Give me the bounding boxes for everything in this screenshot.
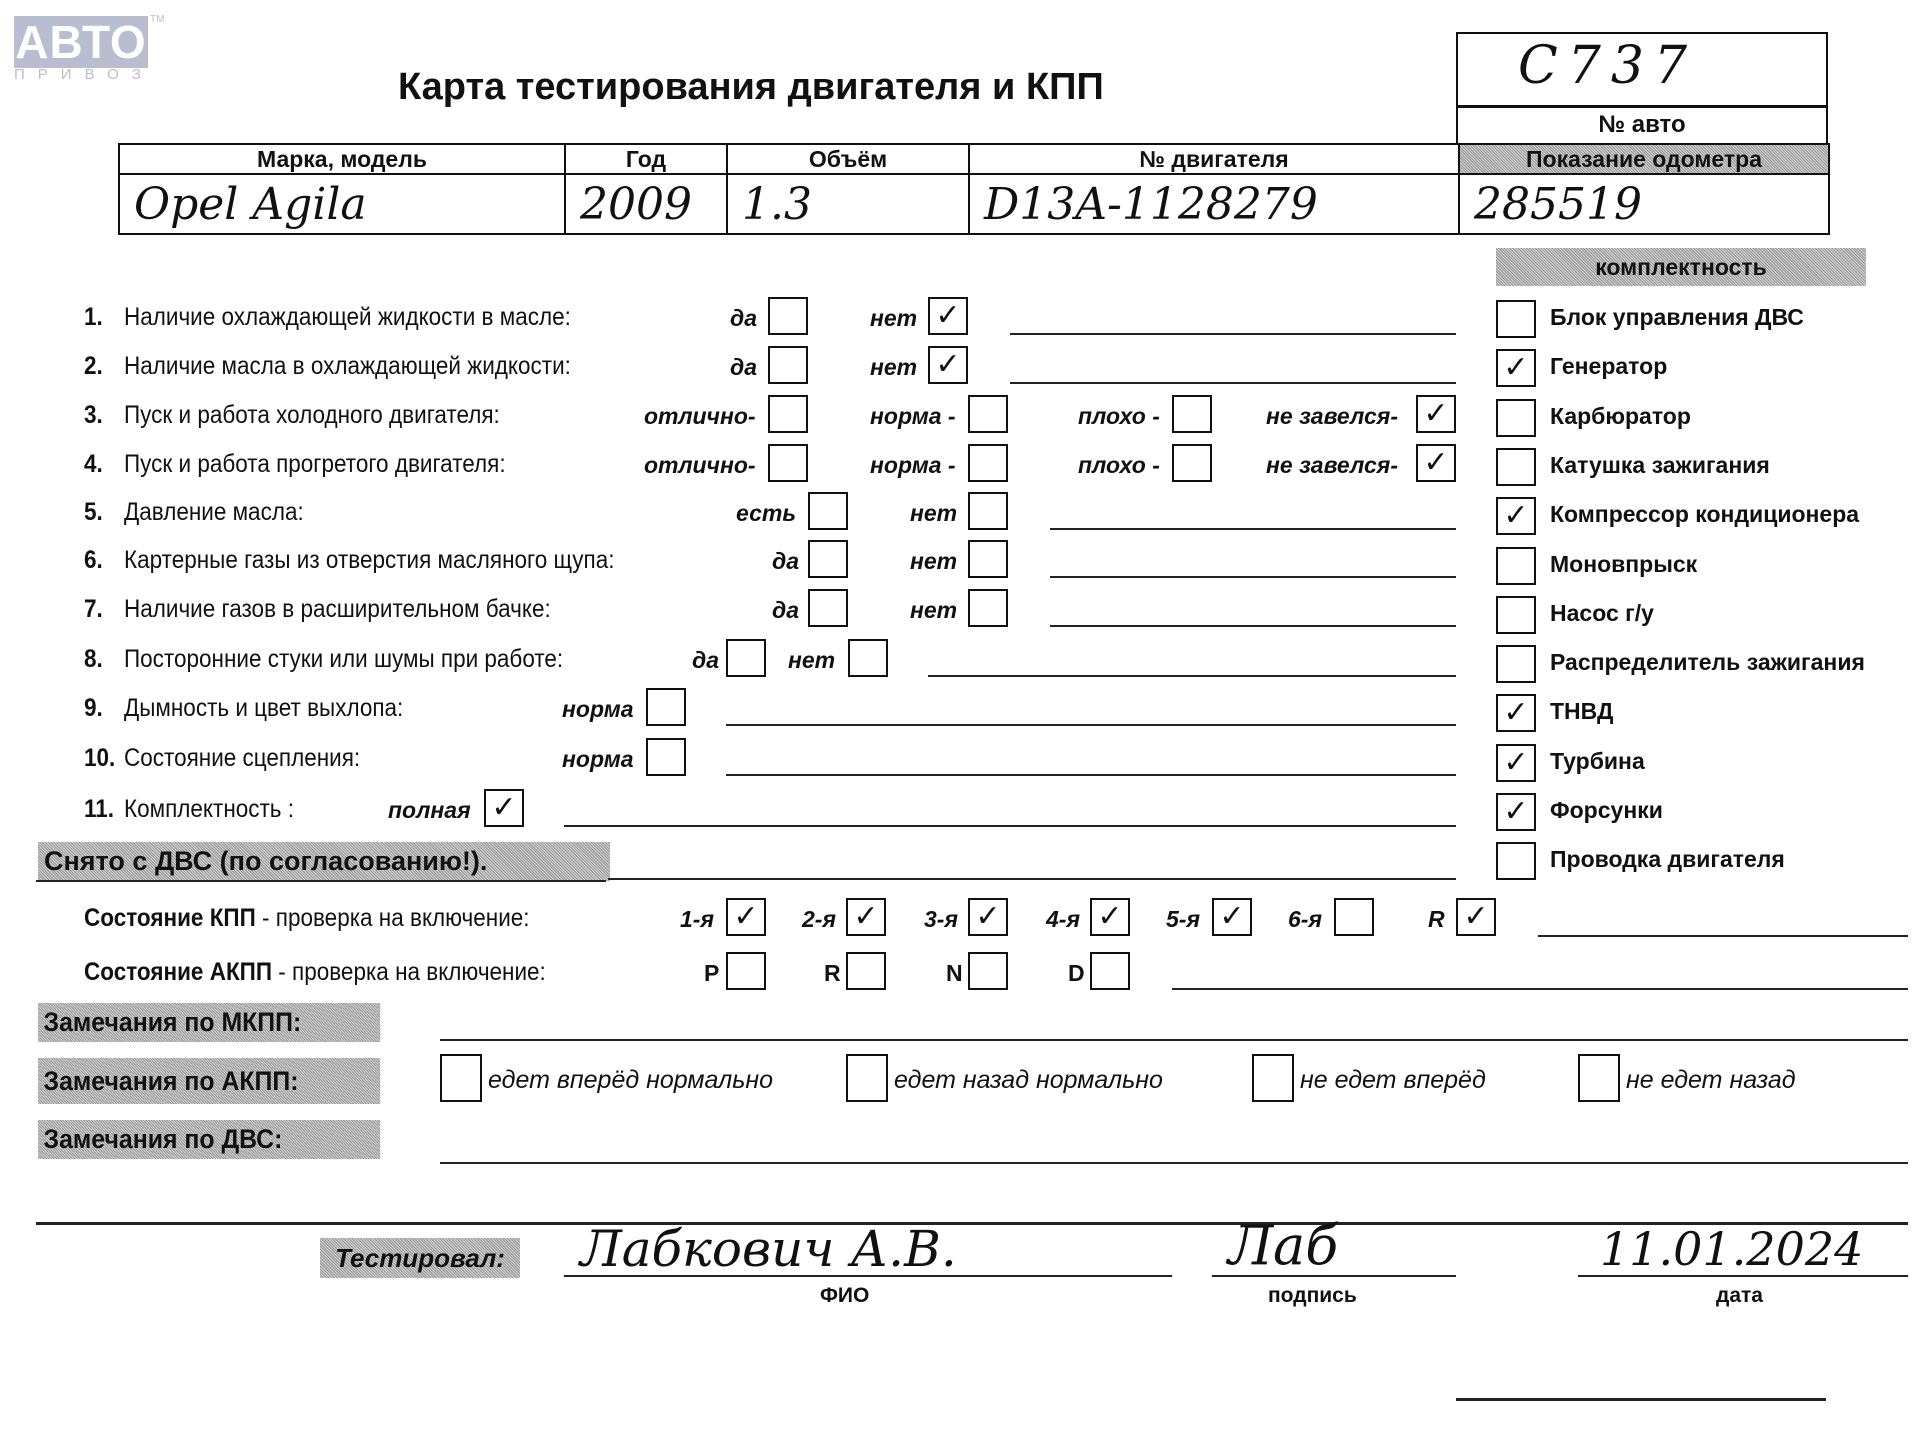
- completeness-checkbox[interactable]: [1496, 448, 1536, 486]
- kpp-notes-line[interactable]: [1538, 935, 1908, 937]
- check-mark-icon: ✓: [1097, 899, 1122, 934]
- col-header-odometer: Показание одометра: [1459, 144, 1829, 174]
- completeness-item-label: Распределитель зажигания: [1550, 649, 1865, 676]
- gear-checkbox[interactable]: ✓: [968, 898, 1008, 936]
- akpp-notes-line[interactable]: [1172, 988, 1908, 990]
- akpp-label: Состояние АКПП - проверка на включение:: [84, 958, 546, 987]
- option-label: нет: [910, 500, 957, 527]
- notes-line[interactable]: [1050, 528, 1456, 530]
- col-header-year: Год: [565, 144, 727, 174]
- gear-label: 5-я: [1166, 906, 1200, 933]
- check-label: Картерные газы из отверстия масляного щу…: [124, 546, 614, 575]
- notes-line[interactable]: [1050, 625, 1456, 627]
- signature-line: [1212, 1275, 1456, 1277]
- volume-value[interactable]: 1.3: [727, 174, 969, 234]
- option-checkbox[interactable]: [768, 346, 808, 384]
- option-label: да: [772, 548, 799, 575]
- option-label: да: [692, 647, 719, 674]
- check-mark-icon: ✓: [1503, 695, 1528, 730]
- completeness-checkbox[interactable]: [1496, 596, 1536, 634]
- name-caption: ФИО: [820, 1284, 869, 1308]
- option-label: норма -: [870, 452, 956, 479]
- option-checkbox[interactable]: ✓: [1416, 444, 1456, 482]
- check-label: Дымность и цвет выхлопа:: [124, 694, 403, 723]
- check-number: 6.: [84, 546, 103, 575]
- option-checkbox[interactable]: [768, 297, 808, 335]
- akpp-remark-checkbox[interactable]: [1252, 1054, 1294, 1102]
- gear-label: 3-я: [924, 906, 958, 933]
- option-checkbox[interactable]: [968, 492, 1008, 530]
- option-label: норма: [562, 696, 634, 723]
- check-mark-icon: ✓: [491, 790, 516, 825]
- gear-label: 6-я: [1288, 906, 1322, 933]
- name-line: [564, 1275, 1172, 1277]
- option-checkbox[interactable]: [768, 444, 808, 482]
- gear-label: 2-я: [802, 906, 836, 933]
- option-checkbox[interactable]: [808, 540, 848, 578]
- completeness-item-label: Генератор: [1550, 353, 1667, 380]
- check-mark-icon: ✓: [1503, 498, 1528, 533]
- date-caption: дата: [1716, 1284, 1763, 1308]
- option-checkbox[interactable]: ✓: [928, 346, 968, 384]
- completeness-checkbox[interactable]: ✓: [1496, 497, 1536, 535]
- option-checkbox[interactable]: [768, 395, 808, 433]
- completeness-checkbox[interactable]: ✓: [1496, 349, 1536, 387]
- option-checkbox[interactable]: [726, 639, 766, 677]
- check-label: Пуск и работа холодного двигателя:: [124, 401, 500, 430]
- check-mark-icon: ✓: [975, 899, 1000, 934]
- completeness-checkbox[interactable]: ✓: [1496, 744, 1536, 782]
- gear-label: 4-я: [1046, 906, 1080, 933]
- odometer-value[interactable]: 285519: [1459, 174, 1829, 234]
- option-checkbox[interactable]: [968, 395, 1008, 433]
- completeness-checkbox[interactable]: [1496, 645, 1536, 683]
- removed-from-engine-label: Снято с ДВС (по согласованию!).: [38, 842, 610, 881]
- remarks-mkpp-label: Замечания по МКПП:: [38, 1003, 380, 1042]
- notes-line[interactable]: [726, 774, 1456, 776]
- car-number-label: № авто: [1456, 105, 1828, 145]
- akpp-remark-checkbox[interactable]: [1578, 1054, 1620, 1102]
- check-number: 8.: [84, 645, 103, 674]
- check-label: Комплектность :: [124, 795, 294, 824]
- model-value[interactable]: Opel Agila: [119, 174, 565, 234]
- signature-caption: подпись: [1268, 1284, 1357, 1308]
- car-number-field[interactable]: C737: [1456, 32, 1828, 108]
- completeness-item-label: Форсунки: [1550, 797, 1663, 824]
- gear-checkbox[interactable]: ✓: [846, 898, 886, 936]
- option-checkbox[interactable]: ✓: [484, 789, 524, 827]
- col-header-engine-number: № двигателя: [969, 144, 1459, 174]
- option-checkbox[interactable]: [1172, 395, 1212, 433]
- check-label: Давление масла:: [124, 498, 304, 527]
- gear-checkbox[interactable]: ✓: [1212, 898, 1252, 936]
- check-mark-icon: ✓: [853, 899, 878, 934]
- check-label: Наличие масла в охлаждающей жидкости:: [124, 352, 571, 381]
- completeness-checkbox[interactable]: ✓: [1496, 793, 1536, 831]
- check-mark-icon: ✓: [935, 298, 960, 333]
- completeness-item-label: Катушка зажигания: [1550, 452, 1770, 479]
- option-label: нет: [910, 548, 957, 575]
- check-mark-icon: ✓: [1423, 445, 1448, 480]
- option-label: нет: [788, 647, 835, 674]
- option-label: плохо -: [1078, 452, 1160, 479]
- check-mark-icon: ✓: [1219, 899, 1244, 934]
- akpp-mode-label: D: [1068, 960, 1085, 987]
- option-checkbox[interactable]: [646, 688, 686, 726]
- kpp-label: Состояние КПП - проверка на включение:: [84, 904, 530, 933]
- completeness-checkbox[interactable]: [1496, 547, 1536, 585]
- gear-checkbox[interactable]: [1334, 898, 1374, 936]
- option-label: да: [730, 305, 757, 332]
- option-label: полная: [388, 797, 471, 824]
- gear-checkbox[interactable]: ✓: [726, 898, 766, 936]
- akpp-remark-label: едет назад нормально: [894, 1066, 1163, 1095]
- check-mark-icon: ✓: [1463, 899, 1488, 934]
- check-label: Состояние сцепления:: [124, 744, 360, 773]
- engine-number-value[interactable]: D13A-1128279: [969, 174, 1459, 234]
- notes-line[interactable]: [726, 724, 1456, 726]
- option-label: не завелся-: [1266, 452, 1398, 479]
- option-label: да: [730, 354, 757, 381]
- car-number-value: C737: [1518, 36, 1697, 96]
- completeness-item-label: ТНВД: [1550, 698, 1613, 725]
- date-line: [1578, 1275, 1908, 1277]
- check-label: Пуск и работа прогретого двигателя:: [124, 450, 506, 479]
- option-label: плохо -: [1078, 403, 1160, 430]
- akpp-remark-label: не едет назад: [1626, 1066, 1796, 1095]
- option-checkbox[interactable]: [848, 639, 888, 677]
- option-checkbox[interactable]: [968, 540, 1008, 578]
- check-number: 1.: [84, 303, 103, 332]
- check-mark-icon: ✓: [1503, 794, 1528, 829]
- completeness-item-label: Моновпрыск: [1550, 551, 1697, 578]
- akpp-mode-checkbox[interactable]: [846, 952, 886, 990]
- tested-by-label: Тестировал:: [320, 1238, 520, 1278]
- option-label: есть: [736, 500, 796, 527]
- akpp-mode-checkbox[interactable]: [968, 952, 1008, 990]
- completeness-item-label: Турбина: [1550, 748, 1645, 775]
- option-checkbox[interactable]: ✓: [928, 297, 968, 335]
- check-label: Посторонние стуки или шумы при работе:: [124, 645, 563, 674]
- option-label: нет: [910, 597, 957, 624]
- divider: [36, 880, 606, 882]
- check-number: 9.: [84, 694, 103, 723]
- test-date[interactable]: 11.01.2024: [1600, 1222, 1863, 1276]
- completeness-item-label: Насос г/у: [1550, 600, 1654, 627]
- signature[interactable]: Лаб: [1228, 1214, 1338, 1277]
- col-header-volume: Объём: [727, 144, 969, 174]
- logo-subtitle: ПРИВОЗ: [14, 66, 154, 83]
- akpp-mode-checkbox[interactable]: [1090, 952, 1130, 990]
- remarks-dvs-line[interactable]: [440, 1162, 1908, 1164]
- check-label: Наличие газов в расширительном бачке:: [124, 595, 551, 624]
- check-label: Наличие охлаждающей жидкости в масле:: [124, 303, 571, 332]
- completeness-checkbox[interactable]: [1496, 399, 1536, 437]
- option-label: норма -: [870, 403, 956, 430]
- notes-line[interactable]: [1010, 333, 1456, 335]
- notes-line[interactable]: [564, 825, 1456, 827]
- logo-trademark: TM: [150, 14, 164, 25]
- notes-line[interactable]: [1010, 382, 1456, 384]
- tester-name[interactable]: Лабкович А.В.: [580, 1220, 957, 1278]
- year-value[interactable]: 2009: [565, 174, 727, 234]
- stamp-line: [1456, 1398, 1826, 1401]
- completeness-item-label: Компрессор кондиционера: [1550, 501, 1859, 528]
- akpp-mode-label: N: [946, 960, 963, 987]
- check-number: 3.: [84, 401, 103, 430]
- option-checkbox[interactable]: [1172, 444, 1212, 482]
- page-title: Карта тестирования двигателя и КПП: [398, 66, 1104, 109]
- completeness-item-label: Блок управления ДВС: [1550, 304, 1804, 331]
- completeness-item-label: Карбюратор: [1550, 403, 1691, 430]
- akpp-remark-checkbox[interactable]: [440, 1054, 482, 1102]
- check-number: 11.: [84, 795, 114, 824]
- check-number: 2.: [84, 352, 103, 381]
- completeness-checkbox[interactable]: [1496, 842, 1536, 880]
- gear-label: 1-я: [680, 906, 714, 933]
- gear-checkbox[interactable]: ✓: [1090, 898, 1130, 936]
- option-checkbox[interactable]: [646, 738, 686, 776]
- removed-notes-line[interactable]: [608, 878, 1456, 880]
- check-mark-icon: ✓: [1423, 396, 1448, 431]
- notes-line[interactable]: [928, 675, 1456, 677]
- completeness-title: комплектность: [1496, 248, 1866, 286]
- option-checkbox[interactable]: [968, 589, 1008, 627]
- completeness-item-label: Проводка двигателя: [1550, 846, 1785, 873]
- check-number: 10.: [84, 744, 115, 773]
- check-number: 7.: [84, 595, 103, 624]
- option-label: не завелся-: [1266, 403, 1398, 430]
- check-number: 5.: [84, 498, 103, 527]
- logo: АВТО: [14, 16, 148, 68]
- option-label: нет: [870, 354, 917, 381]
- remarks-dvs-label: Замечания по ДВС:: [38, 1120, 380, 1159]
- option-label: отлично-: [644, 403, 756, 430]
- completeness-checkbox[interactable]: ✓: [1496, 694, 1536, 732]
- check-mark-icon: ✓: [1503, 350, 1528, 385]
- check-mark-icon: ✓: [1503, 745, 1528, 780]
- option-label: норма: [562, 746, 634, 773]
- akpp-mode-label: P: [704, 960, 719, 987]
- gear-checkbox[interactable]: ✓: [1456, 898, 1496, 936]
- akpp-remark-label: не едет вперёд: [1300, 1066, 1486, 1095]
- notes-line[interactable]: [1050, 576, 1456, 578]
- option-checkbox[interactable]: [808, 492, 848, 530]
- akpp-mode-label: R: [824, 960, 841, 987]
- akpp-remark-checkbox[interactable]: [846, 1054, 888, 1102]
- remarks-mkpp-line[interactable]: [440, 1039, 1908, 1041]
- option-label: нет: [870, 305, 917, 332]
- akpp-remark-label: едет вперёд нормально: [488, 1066, 773, 1095]
- col-header-model: Марка, модель: [119, 144, 565, 174]
- option-checkbox[interactable]: [968, 444, 1008, 482]
- completeness-checkbox[interactable]: [1496, 300, 1536, 338]
- option-label: отлично-: [644, 452, 756, 479]
- gear-label: R: [1428, 906, 1445, 933]
- vehicle-info-table: Марка, модель Год Объём № двигателя Пока…: [118, 143, 1830, 235]
- option-checkbox[interactable]: [808, 589, 848, 627]
- check-mark-icon: ✓: [935, 347, 960, 382]
- check-number: 4.: [84, 450, 103, 479]
- remarks-akpp-label: Замечания по АКПП:: [38, 1058, 380, 1104]
- option-checkbox[interactable]: ✓: [1416, 395, 1456, 433]
- akpp-mode-checkbox[interactable]: [726, 952, 766, 990]
- option-label: да: [772, 597, 799, 624]
- check-mark-icon: ✓: [733, 899, 758, 934]
